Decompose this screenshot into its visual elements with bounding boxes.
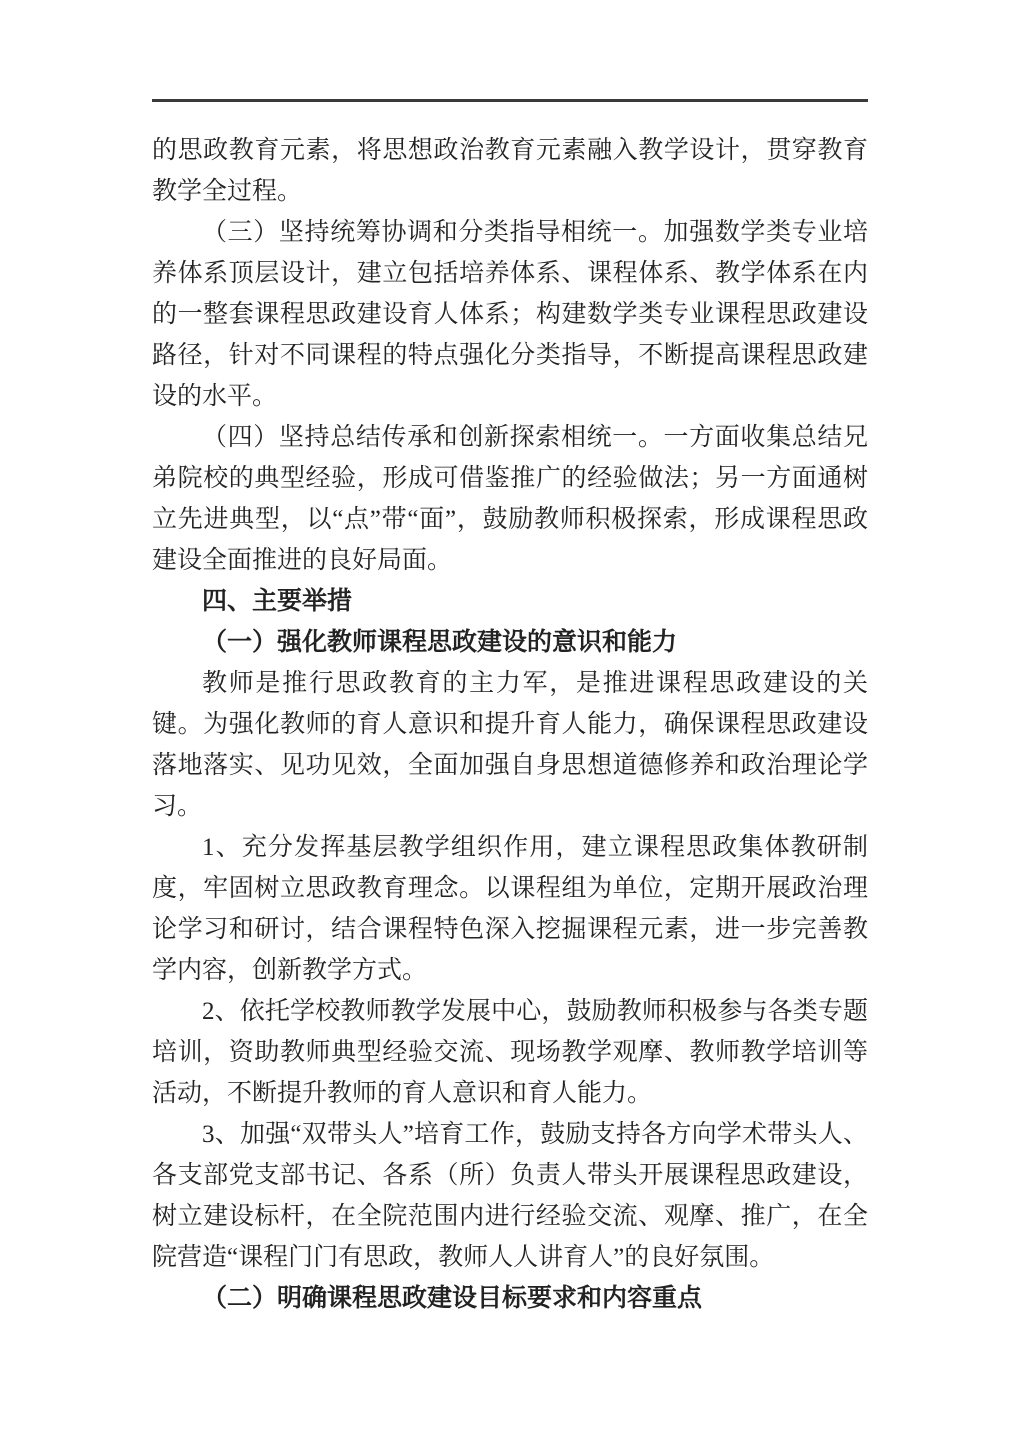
paragraph-teachers-intro: 教师是推行思政教育的主力军，是推进课程思政建设的关键。为强化教师的育人意识和提升…: [152, 663, 868, 827]
document-body: 的思政教育元素，将思想政治教育元素融入教学设计，贯穿教育教学全过程。 （三）坚持…: [152, 130, 868, 1319]
subsection-heading-1: （一）强化教师课程思政建设的意识和能力: [152, 622, 868, 663]
document-page: 的思政教育元素，将思想政治教育元素融入教学设计，贯穿教育教学全过程。 （三）坚持…: [0, 0, 1024, 1448]
paragraph-continuation: 的思政教育元素，将思想政治教育元素融入教学设计，贯穿教育教学全过程。: [152, 130, 868, 212]
section-heading-main-measures: 四、主要举措: [152, 581, 868, 622]
paragraph-principle-4: （四）坚持总结传承和创新探索相统一。一方面收集总结兄弟院校的典型经验，形成可借鉴…: [152, 417, 868, 581]
subsection-heading-2: （二）明确课程思政建设目标要求和内容重点: [152, 1278, 868, 1319]
header-rule-divider: [152, 99, 868, 102]
paragraph-measure-2: 2、依托学校教师教学发展中心，鼓励教师积极参与各类专题培训，资助教师典型经验交流…: [152, 991, 868, 1114]
paragraph-measure-1: 1、充分发挥基层教学组织作用，建立课程思政集体教研制度，牢固树立思政教育理念。以…: [152, 827, 868, 991]
paragraph-principle-3: （三）坚持统筹协调和分类指导相统一。加强数学类专业培养体系顶层设计，建立包括培养…: [152, 212, 868, 417]
paragraph-measure-3: 3、加强“双带头人”培育工作，鼓励支持各方向学术带头人、各支部党支部书记、各系（…: [152, 1114, 868, 1278]
